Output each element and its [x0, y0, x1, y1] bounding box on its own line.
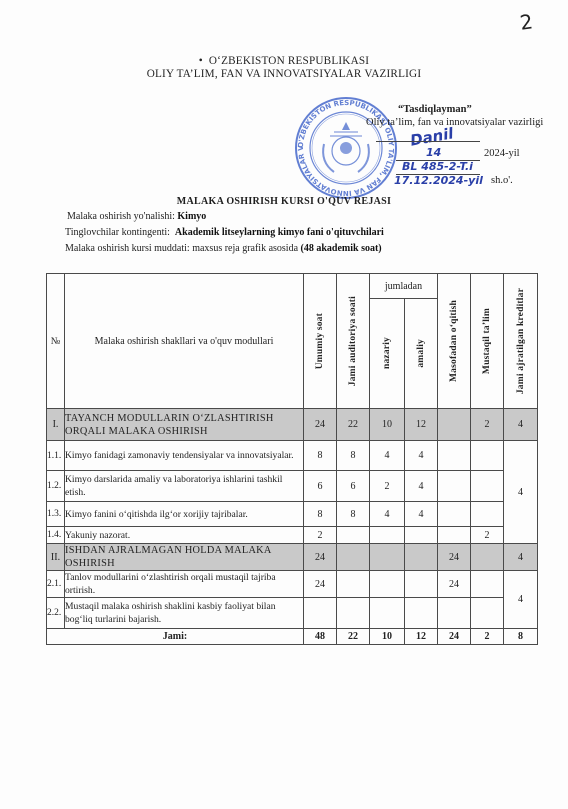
- table-row: 1.2. Kimyo darslarida amaliy va laborato…: [47, 471, 538, 502]
- header-credits: Jami ajratilgan kreditlar: [504, 274, 538, 409]
- duration-value: (48 akademik soat): [301, 243, 382, 254]
- header-auditorium: Jami auditoriya soati: [337, 274, 370, 409]
- header-including: jumladan: [370, 274, 438, 299]
- approval-year: 2024-yil: [484, 148, 568, 159]
- meta-contingent: Tinglovchilar kontingenti: Akademik lits…: [65, 227, 384, 238]
- header-line1: O‘ZBEKISTON RESPUBLIKASI: [209, 55, 369, 67]
- header-mark: •: [199, 55, 203, 67]
- header-distance: Masofadan o‘qitish: [438, 274, 471, 409]
- approval-reg-number: BL 485-2-T.i: [402, 160, 473, 173]
- header-name: Malaka oshirish shakllari va o'quv modul…: [65, 274, 304, 409]
- curriculum-table: № Malaka oshirish shakllari va o'quv mod…: [46, 273, 538, 645]
- table-row: 1.3. Kimyo fanini o‘qitishda ilg‘or xori…: [47, 502, 538, 527]
- duration-label: Malaka oshirish kursi muddati: maxsus re…: [65, 243, 298, 254]
- header-num: №: [47, 274, 65, 409]
- contingent-label: Tinglovchilar kontingenti:: [65, 227, 170, 238]
- table-row: 1.4. Yakuniy nazorat. 2 2: [47, 527, 538, 544]
- table-row-section-1: I. TAYANCH MODULLARIN O‘ZLASHTIRISH ORQA…: [47, 409, 538, 441]
- table-row-total: Jami: 48 22 10 12 24 2 8: [47, 629, 538, 645]
- table-row: 2.1. Tanlov modullarini o‘zlashtirish or…: [47, 571, 538, 598]
- header-ministry: OLIY TA’LIM, FAN VA INNOVATSIYALAR VAZIR…: [0, 68, 568, 80]
- header-country: • O‘ZBEKISTON RESPUBLIKASI: [0, 55, 568, 67]
- signature-line: [376, 141, 480, 142]
- meta-duration: Malaka oshirish kursi muddati: maxsus re…: [65, 243, 382, 254]
- header-total-hours: Umumiy soat: [304, 274, 337, 409]
- approval-organization: Oliy ta’lim, fan va innovatsiyalar vazir…: [366, 117, 556, 128]
- header-theory: nazariy: [370, 299, 405, 409]
- approval-date-handwritten: 14: [426, 146, 441, 159]
- document-title: MALAKA OSHIRISH KURSI O'QUV REJASI: [0, 196, 568, 207]
- approval-date2: 17.12.2024-yil: [394, 174, 483, 187]
- table-row: 1.1. Kimyo fanidagi zamonaviy tendensiya…: [47, 441, 538, 471]
- approval-suffix: sh.o'.: [491, 175, 568, 186]
- page-number: 2: [518, 9, 534, 35]
- table-row-section-2: II. ISHDAN AJRALMAGAN HOLDA MALAKA OSHIR…: [47, 544, 538, 571]
- header-practice: amaliy: [405, 299, 438, 409]
- contingent-value: Akademik litseylarning kimyo fani o'qitu…: [175, 227, 384, 238]
- direction-label: Malaka oshirish yo'nalishi:: [67, 211, 175, 222]
- header-independent: Mustaqil ta’lim: [471, 274, 504, 409]
- table-row: 2.2. Mustaqil malaka oshirish shaklini k…: [47, 598, 538, 629]
- meta-direction: Malaka oshirish yo'nalishi: Kimyo: [67, 211, 206, 222]
- credits-merged-group1: 4: [504, 441, 538, 544]
- official-stamp-icon: O'ZBEKISTON RESPUBLIKASI OLIY TA'LIM, FA…: [294, 96, 398, 200]
- total-label: Jami:: [47, 629, 304, 645]
- approval-title: “Tasdiqlayman”: [398, 104, 568, 115]
- direction-value: Kimyo: [177, 211, 206, 222]
- credits-merged-group2: 4: [504, 571, 538, 629]
